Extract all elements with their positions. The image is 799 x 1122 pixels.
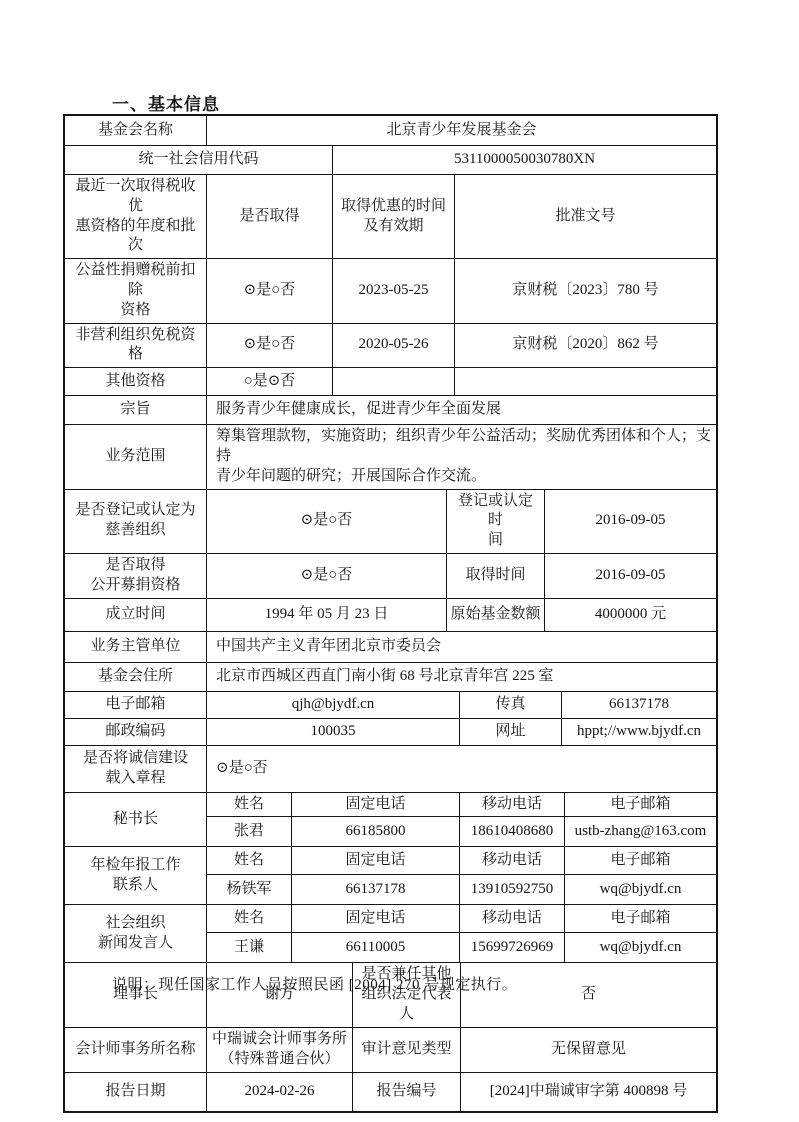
contact-name: 张君	[207, 817, 292, 846]
contact-data-row: 张君 66185800 18610408680 ustb-zhang@163.c…	[207, 816, 716, 846]
tax-row-doc-number: 京财税〔2023〕780 号	[455, 259, 716, 322]
contact-phone: 66110005	[292, 933, 460, 962]
address-value: 北京市西城区西直门南小街 68 号北京青年宫 225 室	[207, 663, 716, 691]
tax-row-nonprofit-exemption: 非营利组织免税资格 ⊙是○否 2020-05-26 京财税〔2020〕862 号	[65, 323, 716, 368]
website-value: hppt;//www.bjydf.cn	[562, 719, 716, 745]
contact-email-header: 电子邮箱	[565, 847, 716, 874]
contact-name-header: 姓名	[207, 847, 292, 874]
charity-registration-label: 是否登记或认定为 慈善组织	[65, 490, 207, 553]
tax-row-time: 2020-05-26	[333, 324, 455, 368]
supervisor-row: 业务主管单位 中国共产主义青年团北京市委员会	[65, 631, 716, 662]
contact-name: 杨铁军	[207, 875, 292, 904]
contact-group-secretary-general: 秘书长 姓名 固定电话 移动电话 电子邮箱 张君 66185800 186104…	[65, 792, 716, 847]
contact-mobile: 15699726969	[460, 933, 565, 962]
contact-header-row: 姓名 固定电话 移动电话 电子邮箱	[207, 905, 716, 932]
postcode-label: 邮政编码	[65, 719, 207, 745]
integrity-label: 是否将诚信建设 载入章程	[65, 746, 207, 792]
contact-name: 王谦	[207, 933, 292, 962]
footnote: 说明：现任国家工作人员按照民函 [2004] 270 号规定执行。	[112, 973, 517, 994]
charity-time-label: 登记或认定时 间	[447, 490, 545, 553]
business-scope-label: 业务范围	[65, 425, 207, 488]
report-number-value: [2024]中瑞诚审字第 400898 号	[461, 1073, 716, 1111]
contact-role-label: 社会组织 新闻发言人	[65, 905, 207, 962]
fundraising-time-label: 取得时间	[447, 554, 545, 598]
contact-mobile-header: 移动电话	[460, 847, 565, 874]
contact-mobile-header: 移动电话	[460, 905, 565, 932]
report-date-label: 报告日期	[65, 1073, 207, 1111]
founding-date-label: 成立时间	[65, 599, 207, 631]
radio-yes-no: ⊙是○否	[207, 554, 447, 598]
email-label: 电子邮箱	[65, 692, 207, 718]
contact-data-row: 王谦 66110005 15699726969 wq@bjydf.cn	[207, 932, 716, 962]
report-row: 报告日期 2024-02-26 报告编号 [2024]中瑞诚审字第 400898…	[65, 1072, 716, 1111]
tax-header-label: 最近一次取得税收优 惠资格的年度和批次	[65, 175, 207, 258]
tax-row-doc-number	[455, 368, 716, 395]
address-row: 基金会住所 北京市西城区西直门南小街 68 号北京青年宫 225 室	[65, 662, 716, 691]
public-fundraising-row: 是否取得 公开募捐资格 ⊙是○否 取得时间 2016-09-05	[65, 553, 716, 598]
tax-header-doc: 批准文号	[455, 175, 716, 258]
uscc-label: 统一社会信用代码	[65, 146, 333, 174]
mission-label: 宗旨	[65, 396, 207, 424]
contact-name-header: 姓名	[207, 905, 292, 932]
contact-phone-header: 固定电话	[292, 905, 460, 932]
tax-header-row: 最近一次取得税收优 惠资格的年度和批次 是否取得 取得优惠的时间 及有效期 批准…	[65, 174, 716, 258]
contact-mobile: 13910592750	[460, 875, 565, 904]
postcode-value: 100035	[207, 719, 460, 745]
address-label: 基金会住所	[65, 663, 207, 691]
contact-name-header: 姓名	[207, 793, 292, 817]
audit-opinion-label: 审计意见类型	[353, 1028, 461, 1072]
fundraising-time-value: 2016-09-05	[545, 554, 716, 598]
uscc-row: 统一社会信用代码 5311000050030780XN	[65, 145, 716, 174]
report-date-value: 2024-02-26	[207, 1073, 353, 1111]
radio-yes-no: ○是⊙否	[207, 368, 333, 395]
radio-yes-no: ⊙是○否	[207, 324, 333, 368]
foundation-name-row: 基金会名称 北京青少年发展基金会	[65, 116, 716, 145]
basic-info-table: 基金会名称 北京青少年发展基金会 统一社会信用代码 53110000500307…	[63, 114, 718, 1113]
auditor-row: 会计师事务所名称 中瑞诚会计师事务所 （特殊普通合伙） 审计意见类型 无保留意见	[65, 1027, 716, 1072]
mission-row: 宗旨 服务青少年健康成长，促进青少年全面发展	[65, 395, 716, 424]
contact-phone: 66185800	[292, 817, 460, 846]
radio-yes-no: ⊙是○否	[207, 259, 333, 322]
fax-label: 传真	[460, 692, 562, 718]
foundation-name-value: 北京青少年发展基金会	[207, 116, 716, 145]
integrity-row: 是否将诚信建设 载入章程 ⊙是○否	[65, 745, 716, 792]
tax-row-doc-number: 京财税〔2020〕862 号	[455, 324, 716, 368]
contact-phone-header: 固定电话	[292, 793, 460, 817]
contact-mobile-header: 移动电话	[460, 793, 565, 817]
tax-header-obtained: 是否取得	[207, 175, 333, 258]
tax-row-time: 2023-05-25	[333, 259, 455, 322]
report-number-label: 报告编号	[353, 1073, 461, 1111]
supervisor-value: 中国共产主义青年团北京市委员会	[207, 632, 716, 662]
tax-row-label: 非营利组织免税资格	[65, 324, 207, 368]
document-page: 一、基本信息 基金会名称 北京青少年发展基金会 统一社会信用代码 5311000…	[0, 0, 799, 1122]
business-scope-value: 筹集管理款物，实施资助；组织青少年公益活动；奖励优秀团体和个人；支持 青少年问题…	[207, 425, 716, 488]
email-value: qjh@bjydf.cn	[207, 692, 460, 718]
contact-role-label: 年检年报工作 联系人	[65, 847, 207, 904]
original-fund-label: 原始基金数额	[447, 599, 545, 631]
tax-row-label: 其他资格	[65, 368, 207, 395]
audit-opinion-value: 无保留意见	[461, 1028, 716, 1072]
contact-email-header: 电子邮箱	[565, 793, 716, 817]
contact-header-row: 姓名 固定电话 移动电话 电子邮箱	[207, 793, 716, 817]
contact-email: ustb-zhang@163.com	[565, 817, 716, 846]
section-title: 一、基本信息	[112, 90, 220, 115]
founding-row: 成立时间 1994 年 05 月 23 日 原始基金数额 4000000 元	[65, 598, 716, 631]
contact-email: wq@bjydf.cn	[565, 875, 716, 904]
founding-date-value: 1994 年 05 月 23 日	[207, 599, 447, 631]
website-label: 网址	[460, 719, 562, 745]
email-fax-row: 电子邮箱 qjh@bjydf.cn 传真 66137178	[65, 691, 716, 718]
auditor-firm-label: 会计师事务所名称	[65, 1028, 207, 1072]
charity-time-value: 2016-09-05	[545, 490, 716, 553]
original-fund-value: 4000000 元	[545, 599, 716, 631]
mission-value: 服务青少年健康成长，促进青少年全面发展	[207, 396, 716, 424]
contact-phone-header: 固定电话	[292, 847, 460, 874]
tax-row-time	[333, 368, 455, 395]
foundation-name-label: 基金会名称	[65, 116, 207, 145]
radio-yes-no: ⊙是○否	[207, 746, 716, 792]
contact-phone: 66137178	[292, 875, 460, 904]
charity-registration-row: 是否登记或认定为 慈善组织 ⊙是○否 登记或认定时 间 2016-09-05	[65, 489, 716, 553]
fax-value: 66137178	[562, 692, 716, 718]
tax-row-other: 其他资格 ○是⊙否	[65, 367, 716, 395]
contact-email: wq@bjydf.cn	[565, 933, 716, 962]
public-fundraising-label: 是否取得 公开募捐资格	[65, 554, 207, 598]
contact-group-spokesperson: 社会组织 新闻发言人 姓名 固定电话 移动电话 电子邮箱 王谦 66110005…	[65, 904, 716, 962]
contact-data-row: 杨铁军 66137178 13910592750 wq@bjydf.cn	[207, 874, 716, 904]
contact-mobile: 18610408680	[460, 817, 565, 846]
tax-row-donation-deduction: 公益性捐赠税前扣除 资格 ⊙是○否 2023-05-25 京财税〔2023〕78…	[65, 258, 716, 322]
uscc-value: 5311000050030780XN	[333, 146, 716, 174]
contact-email-header: 电子邮箱	[565, 905, 716, 932]
tax-header-time: 取得优惠的时间 及有效期	[333, 175, 455, 258]
radio-yes-no: ⊙是○否	[207, 490, 447, 553]
supervisor-label: 业务主管单位	[65, 632, 207, 662]
contact-header-row: 姓名 固定电话 移动电话 电子邮箱	[207, 847, 716, 874]
tax-row-label: 公益性捐赠税前扣除 资格	[65, 259, 207, 322]
chairman-row: 理事长 谢方 是否兼任其他 组织法定代表 人 否	[65, 962, 716, 1026]
business-scope-row: 业务范围 筹集管理款物，实施资助；组织青少年公益活动；奖励优秀团体和个人；支持 …	[65, 424, 716, 488]
contact-role-label: 秘书长	[65, 793, 207, 847]
contact-group-annual-report: 年检年报工作 联系人 姓名 固定电话 移动电话 电子邮箱 杨铁军 6613717…	[65, 846, 716, 904]
postcode-web-row: 邮政编码 100035 网址 hppt;//www.bjydf.cn	[65, 718, 716, 745]
auditor-firm-name: 中瑞诚会计师事务所 （特殊普通合伙）	[207, 1028, 353, 1072]
